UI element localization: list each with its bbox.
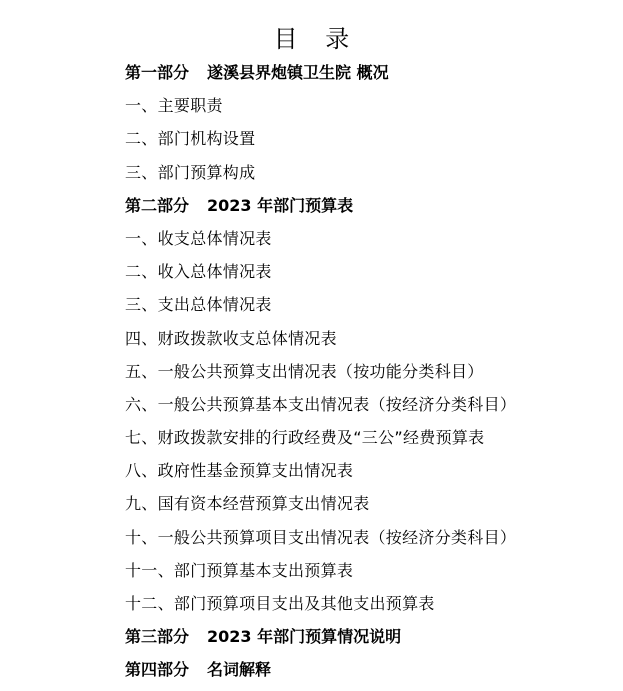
toc-item[interactable]: 四、财政拨款收支总体情况表 bbox=[125, 326, 516, 359]
toc-item[interactable]: 九、国有资本经营预算支出情况表 bbox=[125, 491, 516, 524]
toc-part-4[interactable]: 第四部分名词解释 bbox=[125, 657, 516, 690]
toc-part-1[interactable]: 第一部分遂溪县界炮镇卫生院 概况 bbox=[125, 60, 516, 93]
document-page: 目 录 第一部分遂溪县界炮镇卫生院 概况 一、主要职责 二、部门机构设置 三、部… bbox=[0, 0, 623, 691]
toc-part-3[interactable]: 第三部分2023 年部门预算情况说明 bbox=[125, 624, 516, 657]
toc-item[interactable]: 八、政府性基金预算支出情况表 bbox=[125, 458, 516, 491]
part-title: 2023 年部门预算表 bbox=[207, 196, 353, 215]
part-label: 第三部分 bbox=[125, 627, 189, 646]
toc-item[interactable]: 七、财政拨款安排的行政经费及“三公”经费预算表 bbox=[125, 425, 516, 458]
toc-title: 目 录 bbox=[0, 24, 623, 54]
toc-item[interactable]: 五、一般公共预算支出情况表（按功能分类科目） bbox=[125, 359, 516, 392]
part-label: 第一部分 bbox=[125, 63, 189, 82]
part-title: 2023 年部门预算情况说明 bbox=[207, 627, 401, 646]
toc-item[interactable]: 一、收支总体情况表 bbox=[125, 226, 516, 259]
toc-item[interactable]: 二、收入总体情况表 bbox=[125, 259, 516, 292]
toc-item[interactable]: 六、一般公共预算基本支出情况表（按经济分类科目） bbox=[125, 392, 516, 425]
part-label: 第二部分 bbox=[125, 196, 189, 215]
part-label: 第四部分 bbox=[125, 660, 189, 679]
toc-item[interactable]: 十一、部门预算基本支出预算表 bbox=[125, 558, 516, 591]
part-title: 名词解释 bbox=[207, 660, 271, 679]
toc-item[interactable]: 十、一般公共预算项目支出情况表（按经济分类科目） bbox=[125, 525, 516, 558]
toc-item[interactable]: 十二、部门预算项目支出及其他支出预算表 bbox=[125, 591, 516, 624]
part-title: 遂溪县界炮镇卫生院 概况 bbox=[207, 63, 389, 82]
toc-item[interactable]: 三、支出总体情况表 bbox=[125, 292, 516, 325]
toc-list: 第一部分遂溪县界炮镇卫生院 概况 一、主要职责 二、部门机构设置 三、部门预算构… bbox=[125, 60, 516, 691]
toc-part-2[interactable]: 第二部分2023 年部门预算表 bbox=[125, 193, 516, 226]
toc-item[interactable]: 三、部门预算构成 bbox=[125, 160, 516, 193]
toc-item[interactable]: 二、部门机构设置 bbox=[125, 126, 516, 159]
toc-item[interactable]: 一、主要职责 bbox=[125, 93, 516, 126]
